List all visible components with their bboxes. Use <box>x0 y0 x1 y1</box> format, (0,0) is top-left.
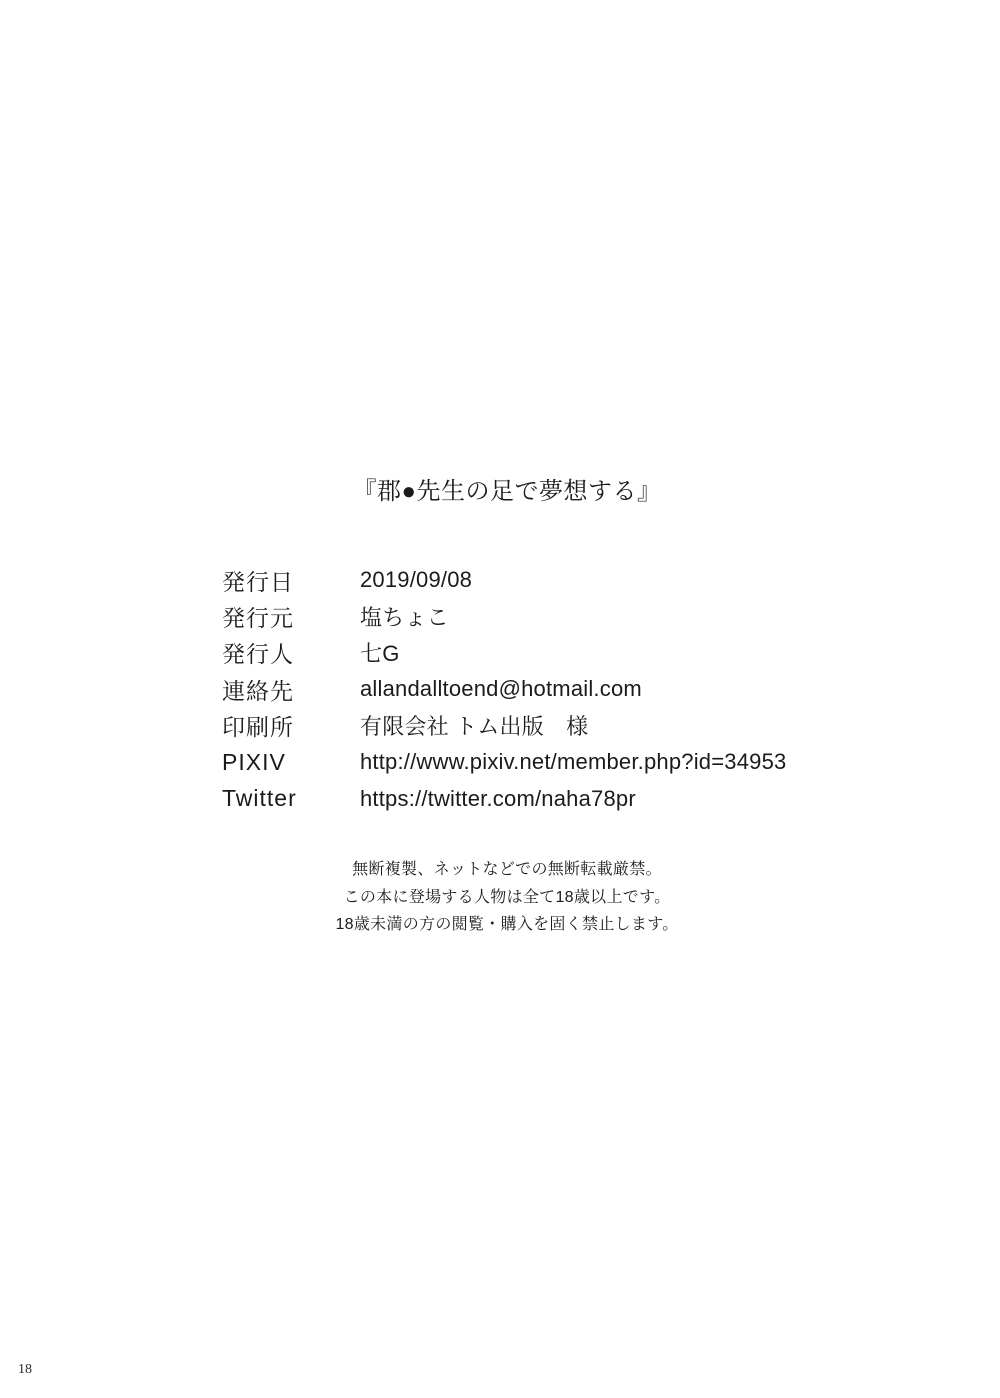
info-value: 有限会社 トム出版 様 <box>360 710 588 741</box>
info-label: 発行人 <box>222 636 360 669</box>
info-label: 印刷所 <box>222 709 360 742</box>
pixiv-url: http://www.pixiv.net/member.php?id=34953 <box>360 749 786 775</box>
notice-line: この本に登場する人物は全て18歳以上です。 <box>7 884 1000 912</box>
info-label: Twitter <box>222 785 360 812</box>
book-title: 『郡●先生の足で夢想する』 <box>7 471 1000 506</box>
info-value: 七G <box>360 637 400 668</box>
copyright-notice: 無断複製、ネットなどでの無断転載厳禁。 この本に登場する人物は全て18歳以上です… <box>7 856 1000 939</box>
notice-line: 18歳未満の方の閲覧・購入を固く禁止します。 <box>7 911 1000 939</box>
info-label: 連絡先 <box>222 673 360 706</box>
colophon-row-author: 発行人 七G <box>222 635 786 671</box>
twitter-url: https://twitter.com/naha78pr <box>360 786 636 812</box>
info-value: 2019/09/08 <box>360 567 472 593</box>
colophon-page: 『郡●先生の足で夢想する』 発行日 2019/09/08 発行元 塩ちょこ 発行… <box>0 0 1000 1398</box>
colophon-row-twitter: Twitter https://twitter.com/naha78pr <box>222 780 786 816</box>
colophon-row-contact: 連絡先 allandalltoend@hotmail.com <box>222 671 786 707</box>
info-label: 発行元 <box>222 600 360 633</box>
info-value: 塩ちょこ <box>360 601 449 632</box>
notice-line: 無断複製、ネットなどでの無断転載厳禁。 <box>7 856 1000 884</box>
colophon-row-publish-date: 発行日 2019/09/08 <box>222 562 786 598</box>
colophon-table: 発行日 2019/09/08 発行元 塩ちょこ 発行人 七G 連絡先 allan… <box>222 562 786 817</box>
colophon-row-pixiv: PIXIV http://www.pixiv.net/member.php?id… <box>222 744 786 780</box>
colophon-row-printer: 印刷所 有限会社 トム出版 様 <box>222 708 786 744</box>
info-value: allandalltoend@hotmail.com <box>360 676 642 702</box>
colophon-row-publisher: 発行元 塩ちょこ <box>222 598 786 634</box>
info-label: PIXIV <box>222 749 360 776</box>
info-label: 発行日 <box>222 564 360 597</box>
page-number: 18 <box>18 1362 32 1378</box>
